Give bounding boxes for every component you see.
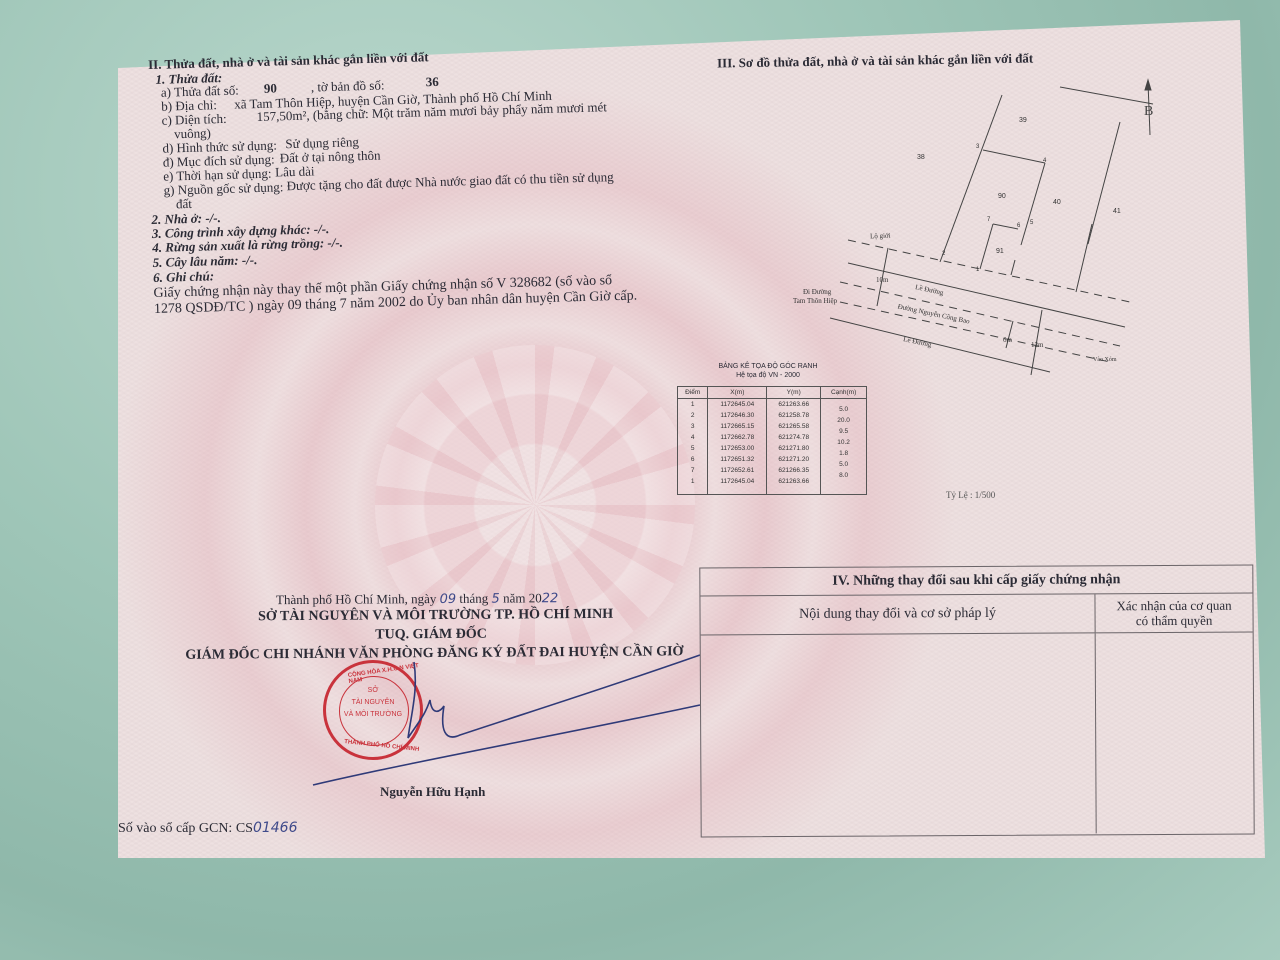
changes-col-confirmation: Xác nhận của cơ quancó thẩm quyền [1095, 594, 1252, 633]
register-number: Số vào sổ cấp GCN: CS01466 [118, 821, 298, 836]
register-label: Số vào sổ cấp GCN: CS [118, 821, 253, 836]
changes-col-content: Nội dung thay đổi và cơ sở pháp lý [700, 594, 1095, 634]
changes-table: IV. Những thay đổi sau khi cấp giấy chứn… [699, 565, 1254, 838]
register-no: 01466 [253, 820, 298, 836]
changes-confirmation-cell [1096, 633, 1254, 834]
certificate-photo: II. Thửa đất, nhà ở và tài sản khác gắn … [0, 0, 1280, 960]
changes-content-cell [701, 633, 1097, 835]
section-4-title: IV. Những thay đổi sau khi cấp giấy chứn… [700, 566, 1252, 597]
confirmation-line-1: Xác nhận của cơ quan [1116, 598, 1231, 614]
confirmation-line-2: có thẩm quyền [1136, 613, 1213, 628]
signer-name: Nguyễn Hữu Hạnh [380, 784, 485, 799]
